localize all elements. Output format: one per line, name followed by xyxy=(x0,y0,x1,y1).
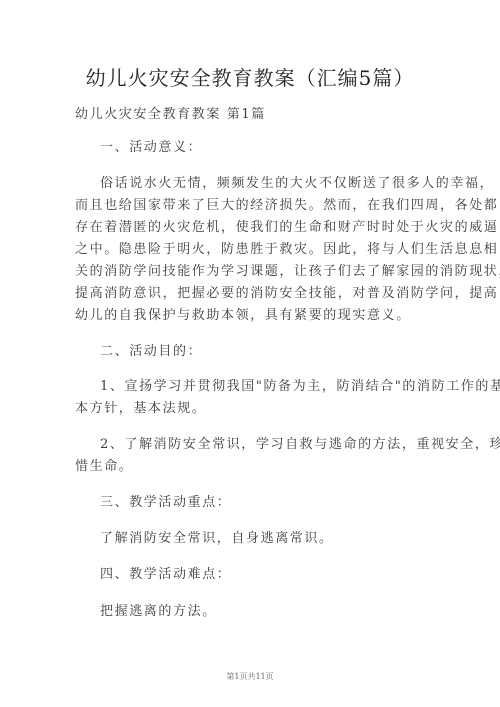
paragraph-line: 了解消防安全常识，自身逃离常识。 xyxy=(100,527,334,546)
paragraph-line: 存在着潜匿的火灾危机，使我们的生命和财产时时处于火灾的威逼 xyxy=(75,216,498,235)
section-heading: 一、活动意义： xyxy=(100,136,202,155)
paragraph-line: 本方针，基本法规。 xyxy=(75,397,206,416)
paragraph-line: 关的消防学问技能作为学习课题，让孩子们去了解家园的消防现状， xyxy=(75,260,500,279)
paragraph-line: 1、宣扬学习并贯彻我国"防备为主，防消结合"的消防工作的基 xyxy=(100,375,500,394)
section-heading: 四、教学活动难点： xyxy=(100,563,231,582)
article-subtitle: 幼儿火灾安全教育教案 第1篇 xyxy=(75,103,266,122)
paragraph-line: 提高消防意识，把握必要的消防安全技能，对普及消防学问，提高 xyxy=(75,282,498,301)
document-title: 幼儿火灾安全教育教案（汇编5篇） xyxy=(0,62,500,91)
section-heading: 三、教学活动重点： xyxy=(100,491,231,510)
paragraph-line: 之中。隐患险于明火，防患胜于救灾。因此，将与人们生活息息相 xyxy=(75,238,498,257)
paragraph-line: 把握逃离的方法。 xyxy=(100,600,217,619)
paragraph-line: 而且也给国家带来了巨大的经济损失。然而，在我们四周，各处都 xyxy=(75,194,498,213)
paragraph-line: 惜生命。 xyxy=(75,455,133,474)
paragraph-line: 2、了解消防安全常识，学习自救与逃命的方法，重视安全，珍 xyxy=(100,433,500,452)
page-footer: 第1页共11页 xyxy=(0,671,500,682)
paragraph-line: 俗话说水火无情，频频发生的大火不仅断送了很多人的幸福， xyxy=(100,172,494,191)
section-heading: 二、活动目的： xyxy=(100,340,202,359)
paragraph-line: 幼儿的自我保护与救助本领，具有紧要的现实意义。 xyxy=(75,304,411,323)
